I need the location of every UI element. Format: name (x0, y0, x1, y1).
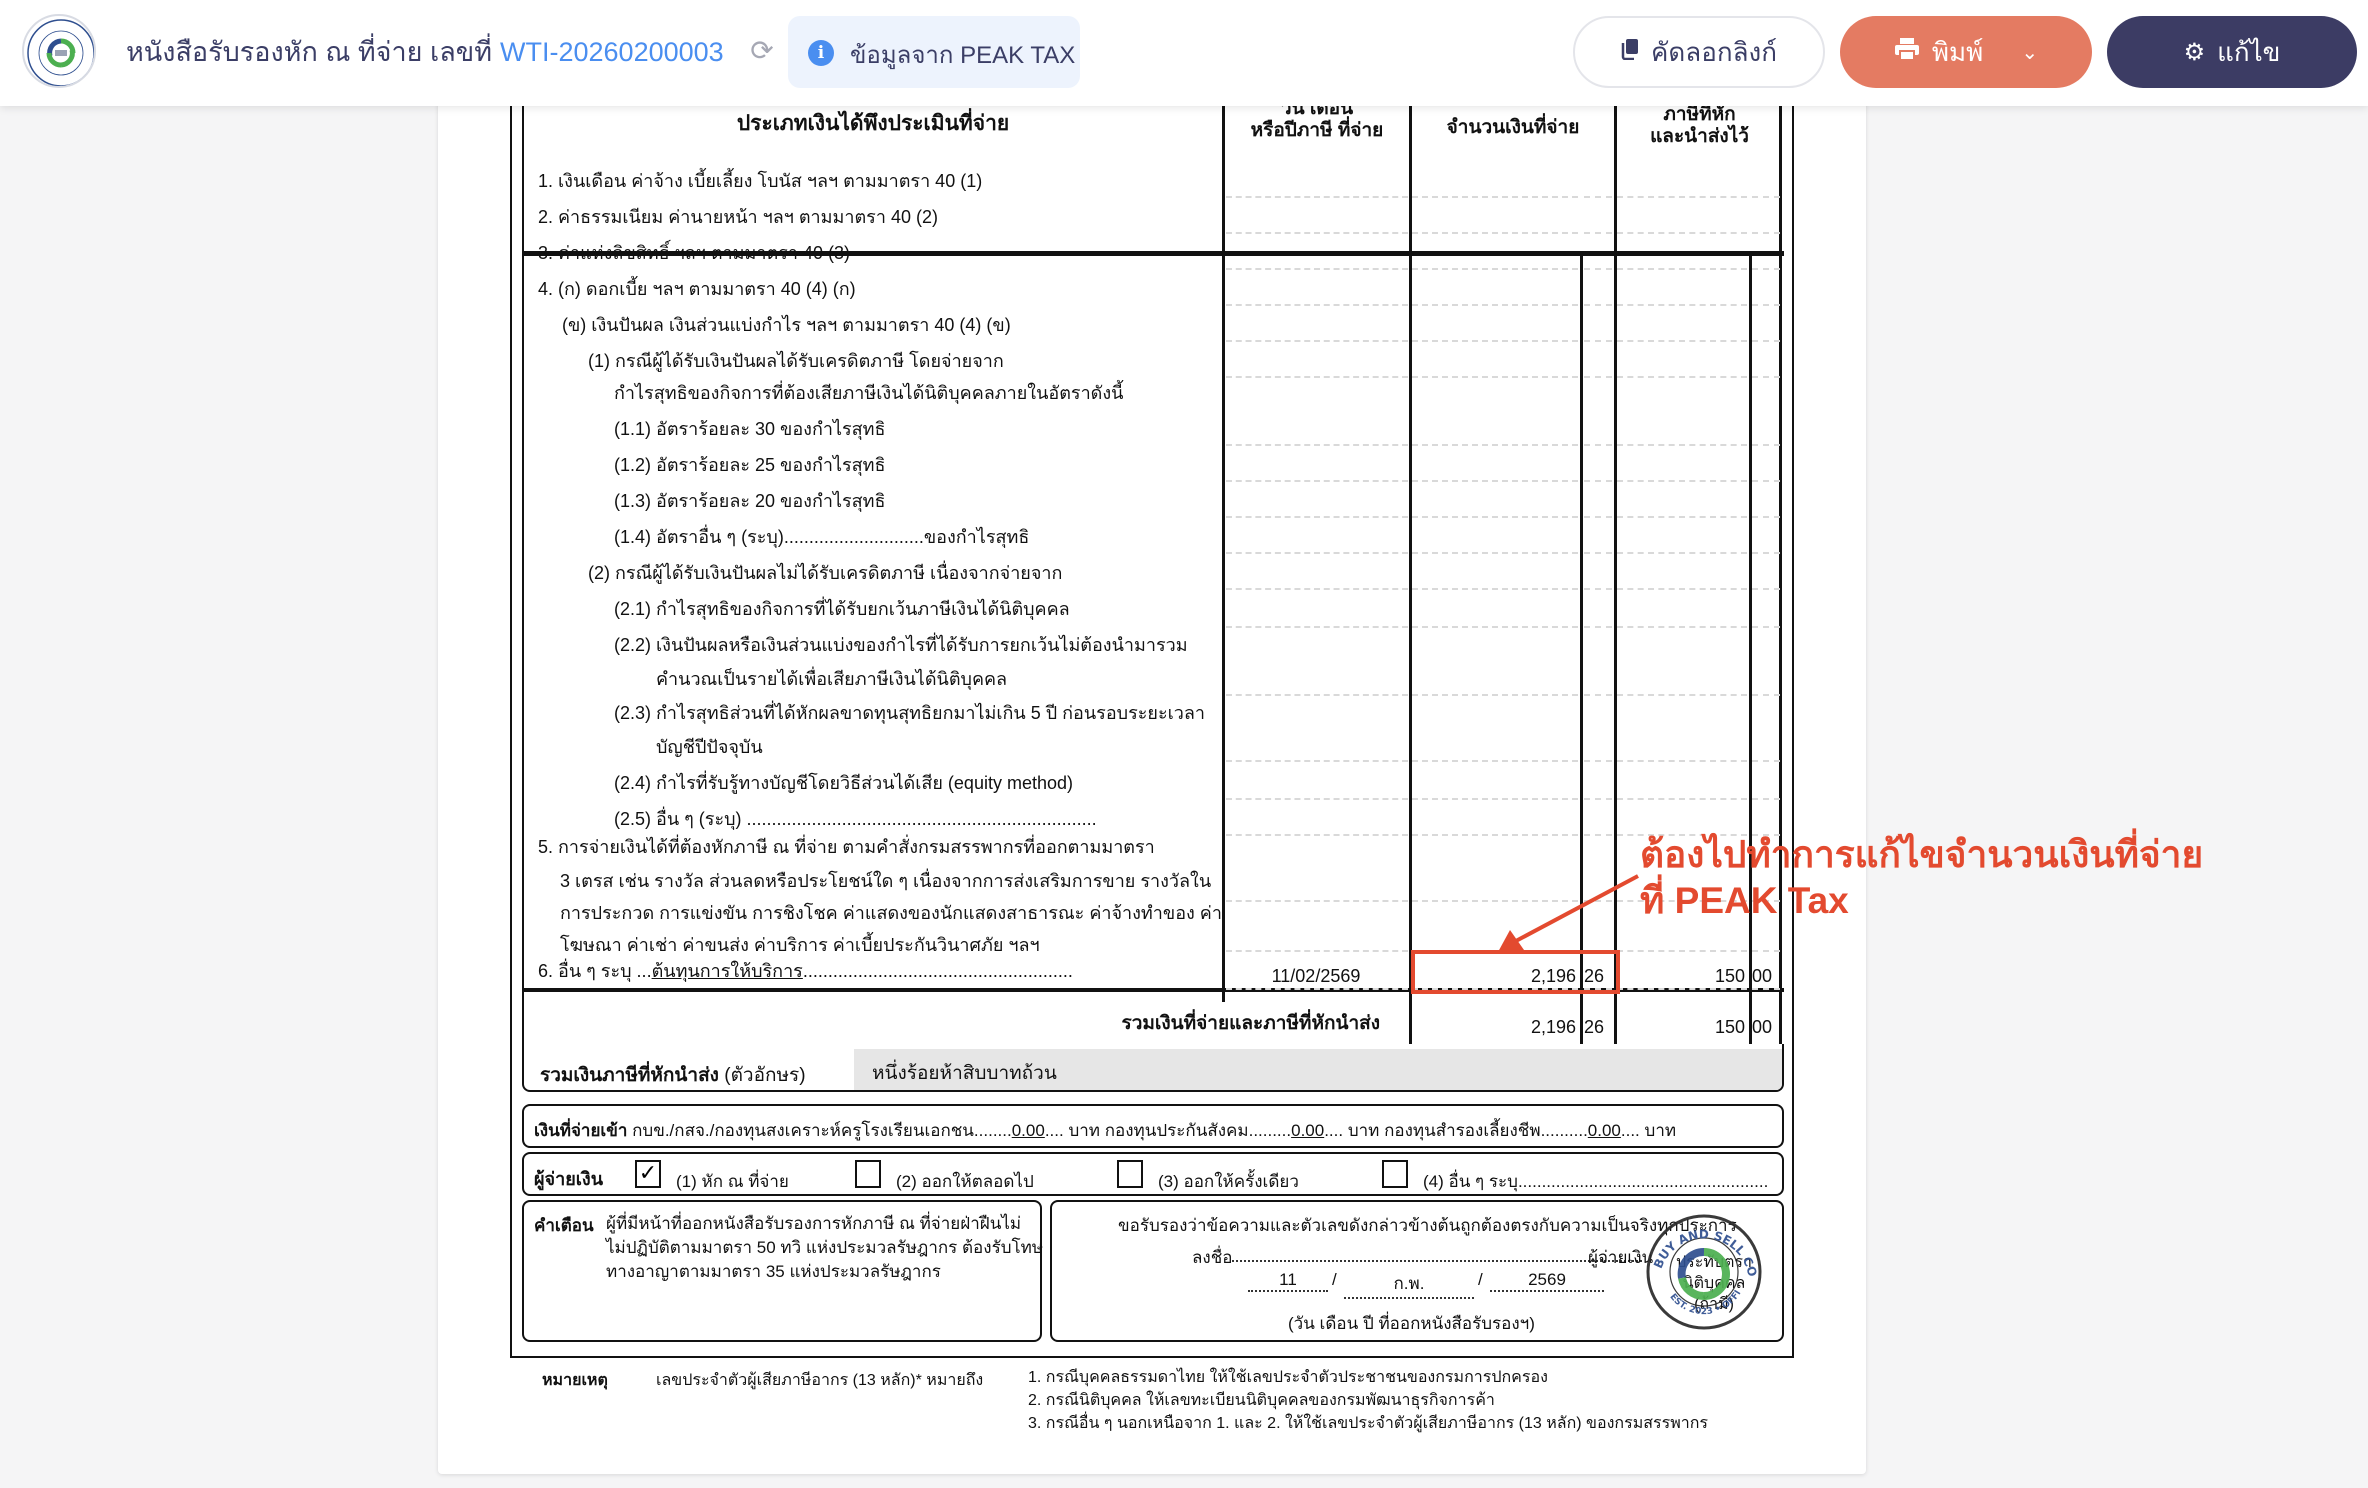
row-guide (1617, 988, 1747, 990)
income-item: การประกวด การแข่งขัน การชิงโชค ค่าแสดงขอ… (560, 898, 1222, 927)
header-tax: ภาษีที่หัก และนำส่งไว้ (1617, 104, 1782, 148)
row-guide (1226, 268, 1408, 270)
income-item: (2.2) เงินปันผลหรือเงินส่วนแบ่งของกำไรที… (614, 630, 1188, 659)
row-guide (1412, 834, 1578, 836)
payer-box: ผู้จ่ายเงิน ✓ (1) หัก ณ ที่จ่าย (2) ออกใ… (522, 1152, 1784, 1196)
payer-option-4-label: (4) อื่น ๆ ระบุ.........................… (1423, 1168, 1768, 1195)
warning-box: คำเตือน ผู้ที่มีหน้าที่ออกหนังสือรับรองก… (522, 1200, 1042, 1342)
notes-line-1: 1. กรณีบุคคลธรรมดาไทย ให้ใช้เลขประจำตัวป… (1028, 1366, 1708, 1389)
notes-line-3: 3. กรณีอื่น ๆ นอกเหนือจาก 1. และ 2. ให้ใ… (1028, 1412, 1708, 1435)
peak-tax-info-button[interactable]: i ข้อมูลจาก PEAK TAX (788, 16, 1080, 88)
warning-line-3: ทางอาญาตามมาตรา 35 แห่งประมวลรัษฎากร (606, 1260, 1043, 1284)
contributions-box: เงินที่จ่ายเข้า กบข./กสจ./กองทุนสงเคราะห… (522, 1104, 1784, 1148)
row-guide (1752, 304, 1780, 306)
row-guide (1752, 232, 1780, 234)
row-guide (1752, 196, 1780, 198)
row-guide (1752, 516, 1780, 518)
row-guide (1226, 588, 1408, 590)
row-guide (1584, 694, 1612, 696)
income-item: (1) กรณีผู้ได้รับเงินปันผลได้รับเครดิตภา… (588, 346, 1004, 375)
row-guide (1226, 444, 1408, 446)
row-guide (1584, 480, 1612, 482)
row-guide (1617, 232, 1747, 234)
row-guide (1226, 552, 1408, 554)
row-guide (1412, 694, 1578, 696)
payer-option-2-label: (2) ออกให้ตลอดไป (896, 1168, 1034, 1195)
document-number[interactable]: WTI-20260200003 (500, 37, 724, 67)
date-caption: (วัน เดือน ปี ที่ออกหนังสือรับรองฯ) (1288, 1310, 1535, 1337)
row-guide (1226, 950, 1408, 952)
sign-label: ลงชื่อ (1192, 1244, 1232, 1271)
income-item: 3 เตรส เช่น รางวัล ส่วนลดหรือประโยชน์ใด … (560, 866, 1211, 895)
row-guide (1617, 694, 1747, 696)
total-tax-satang: 00 (1752, 1017, 1778, 1038)
income-item: (1.3) อัตราร้อยละ 20 ของกำไรสุทธิ (614, 486, 886, 515)
row-guide (1752, 588, 1780, 590)
row-guide (1584, 798, 1612, 800)
info-pill-label: ข้อมูลจาก PEAK TAX (850, 35, 1075, 74)
income-item: คำนวณเป็นรายได้เพื่อเสียภาษีเงินได้นิติบ… (656, 664, 1007, 693)
row-guide (1412, 376, 1578, 378)
fund1-unit: บาท (1068, 1121, 1100, 1140)
income-item: (2.1) กำไรสุทธิของกิจการที่ได้รับยกเว้นภ… (614, 594, 1070, 623)
row-guide (1617, 760, 1747, 762)
row-guide (1752, 552, 1780, 554)
row-guide (1752, 988, 1780, 990)
income-item: (2.5) อื่น ๆ (ระบุ) ....................… (614, 804, 1097, 833)
row-guide (1226, 516, 1408, 518)
total-amount-satang: 26 (1584, 1017, 1604, 1038)
row-guide (1617, 340, 1747, 342)
income-item: (2.3) กำไรสุทธิส่วนที่ได้หักผลขาดทุนสุทธ… (614, 698, 1205, 727)
notes-intro: เลขประจำตัวผู้เสียภาษีอากร (13 หลัก)* หม… (656, 1368, 983, 1393)
company-seal-icon (24, 16, 96, 88)
other-income-row: 6. อื่น ๆ ระบุ ...ต้นทุนการให้บริการ....… (538, 956, 1073, 985)
row-guide (1226, 988, 1408, 990)
top-bar: หนังสือรับรองหัก ณ ที่จ่าย เลขที่WTI-202… (0, 0, 2368, 106)
info-icon: i (808, 40, 834, 66)
income-item: 2. ค่าธรรมเนียม ค่านายหน้า ฯลฯ ตามมาตรา … (538, 202, 938, 231)
notes-line-2: 2. กรณีนิติบุคคล ให้เลขทะเบียนนิติบุคคลข… (1028, 1389, 1708, 1412)
col-divider-date (1222, 96, 1225, 1002)
row-guide (1584, 232, 1612, 234)
row-guide (1584, 588, 1612, 590)
row-guide (1226, 900, 1408, 902)
income-item: 3. ค่าแห่งลิขสิทธิ์ ฯลฯ ตามมาตรา 40 (3) (538, 238, 850, 267)
row-guide (1226, 834, 1408, 836)
row-guide (1617, 516, 1747, 518)
title-text: หนังสือรับรองหัก ณ ที่จ่าย เลขที่ (126, 37, 492, 67)
income-item: (1.4) อัตราอื่น ๆ (ระบุ)................… (614, 522, 1029, 551)
row-guide (1412, 232, 1578, 234)
row-guide (1752, 694, 1780, 696)
page-title: หนังสือรับรองหัก ณ ที่จ่าย เลขที่WTI-202… (126, 30, 724, 73)
copy-link-button[interactable]: คัดลอกลิงก์ (1573, 16, 1825, 88)
date-slash-1: / (1332, 1270, 1337, 1290)
row-guide (1752, 480, 1780, 482)
total-amount-baht: 2,196 (1412, 1017, 1576, 1038)
company-seal-stamp: BUY AND SELL CORPORATION EST. 2023 • OFF… (1644, 1208, 1764, 1334)
other-specified: ต้นทุนการให้บริการ (652, 961, 803, 981)
row-guide (1412, 444, 1578, 446)
row-guide (1617, 268, 1747, 270)
other-date: 11/02/2569 (1226, 966, 1406, 987)
gear-icon: ⚙ (2184, 38, 2206, 67)
row-guide (1412, 196, 1578, 198)
payer-option-3-label: (3) ออกให้ครั้งเดียว (1158, 1168, 1299, 1195)
row-guide (1584, 340, 1612, 342)
row-guide (1412, 552, 1578, 554)
seal-icon: BUY AND SELL CORPORATION EST. 2023 • OFF… (1644, 1208, 1764, 1334)
copy-icon (1621, 38, 1639, 67)
row-guide (1584, 268, 1612, 270)
row-guide (1226, 480, 1408, 482)
edit-label: แก้ไข (2217, 32, 2280, 73)
tax-in-words-box: รวมเงินภาษีที่หักนำส่ง (ตัวอักษร) หนึ่งร… (522, 1044, 1784, 1092)
fund2-value: 0.00 (1291, 1121, 1324, 1140)
row-guide (1617, 626, 1747, 628)
header-amount: จำนวนเงินที่จ่าย (1412, 117, 1614, 139)
header-date-line2: หรือปีภาษี ที่จ่าย (1225, 120, 1409, 142)
fund3-unit: บาท (1645, 1121, 1677, 1140)
annotation-note: ต้องไปทำการแก้ไขจำนวนเงินที่จ่าย ที่ PEA… (1640, 832, 2203, 924)
row-guide (1752, 268, 1780, 270)
warning-text: ผู้ที่มีหน้าที่ออกหนังสือรับรองการหักภาษ… (606, 1212, 1043, 1284)
cert-year: 2569 (1490, 1270, 1604, 1292)
total-tax-baht: 150 (1617, 1017, 1745, 1038)
header-income-type: ประเภทเงินได้พึงประเมินที่จ่าย (524, 113, 1222, 135)
fund3-value: 0.00 (1588, 1121, 1621, 1140)
row-guide (1584, 376, 1612, 378)
income-item: กำไรสุทธิของกิจการที่ต้องเสียภาษีเงินได้… (614, 378, 1123, 407)
row-guide (1584, 196, 1612, 198)
row-guide (1584, 626, 1612, 628)
row-guide (1412, 340, 1578, 342)
row-guide (1412, 516, 1578, 518)
fund1-label: กบข./กสจ./กองทุนสงเคราะห์ครูโรงเรียนเอกช… (632, 1121, 974, 1140)
row-guide (1584, 444, 1612, 446)
income-item: 5. การจ่ายเงินได้ที่ต้องหักภาษี ณ ที่จ่า… (538, 832, 1155, 861)
row-guide (1752, 340, 1780, 342)
copy-link-label: คัดลอกลิงก์ (1651, 32, 1777, 73)
row-guide (1412, 760, 1578, 762)
refresh-icon[interactable]: ⟳ (745, 34, 779, 68)
certification-box: ขอรับรองว่าข้อความและตัวเลขดังกล่าวข้างต… (1050, 1200, 1784, 1342)
row-guide (1617, 376, 1747, 378)
annotation-arrow-icon (1490, 870, 1650, 960)
income-item: โฆษณา ค่าเช่า ค่าขนส่ง ค่าบริการ ค่าเบี้… (560, 930, 1040, 959)
header-tax-line1: ภาษีที่หัก (1617, 104, 1782, 126)
row-guide (1226, 376, 1408, 378)
company-logo (22, 14, 96, 88)
header-tax-line2: และนำส่งไว้ (1617, 126, 1782, 148)
row-guide (1226, 798, 1408, 800)
svg-text:BUY AND SELL CORPORATION: BUY AND SELL CORPORATION (1644, 1208, 1760, 1278)
total-label: รวมเงินที่จ่ายและภาษีที่หักนำส่ง (1000, 1008, 1380, 1038)
chevron-down-icon[interactable]: ⌄ (2021, 40, 2038, 65)
row-guide (1584, 304, 1612, 306)
row-guide (1226, 340, 1408, 342)
row-guide (1752, 760, 1780, 762)
payer-option-2-checkbox[interactable] (855, 1160, 881, 1188)
row-guide (1617, 196, 1747, 198)
row-guide (1226, 760, 1408, 762)
annotation-line-2: ที่ PEAK Tax (1640, 878, 2203, 924)
contributions-label: เงินที่จ่ายเข้า (534, 1121, 627, 1140)
income-item: (1.2) อัตราร้อยละ 25 ของกำไรสุทธิ (614, 450, 886, 479)
fund3-label: กองทุนสำรองเลี้ยงชีพ (1384, 1121, 1540, 1140)
notes-list: 1. กรณีบุคคลธรรมดาไทย ให้ใช้เลขประจำตัวป… (1028, 1366, 1708, 1435)
annotation-line-1: ต้องไปทำการแก้ไขจำนวนเงินที่จ่าย (1640, 832, 2203, 878)
contributions-line: เงินที่จ่ายเข้า กบข./กสจ./กองทุนสงเคราะห… (534, 1117, 1676, 1144)
row-guide (1617, 798, 1747, 800)
row-guide (1752, 626, 1780, 628)
row-guide (1226, 626, 1408, 628)
signature-line[interactable] (1232, 1260, 1642, 1262)
income-item: (1.1) อัตราร้อยละ 30 ของกำไรสุทธิ (614, 414, 886, 443)
row-guide (1412, 626, 1578, 628)
row-guide (1617, 552, 1747, 554)
col-divider-amount (1409, 96, 1412, 1058)
cert-month: ก.พ. (1344, 1270, 1474, 1299)
row-guide (1752, 444, 1780, 446)
payer-option-1-label: (1) หัก ณ ที่จ่าย (676, 1168, 789, 1195)
fund2-label: กองทุนประกันสังคม (1105, 1121, 1249, 1140)
row-guide (1617, 304, 1747, 306)
income-item: (ข) เงินปันผล เงินส่วนแบ่งกำไร ฯลฯ ตามมา… (562, 310, 1011, 339)
row-guide (1226, 694, 1408, 696)
row-guide (1412, 304, 1578, 306)
other-dots: ........................................… (803, 961, 1073, 981)
payer-option-4-checkbox[interactable] (1382, 1160, 1408, 1188)
other-tax-satang: 00 (1752, 966, 1778, 987)
print-label: พิมพ์ (1932, 32, 1983, 73)
row-guide (1584, 760, 1612, 762)
income-item: 4. (ก) ดอกเบี้ย ฯลฯ ตามมาตรา 40 (4) (ก) (538, 274, 856, 303)
other-prefix: 6. อื่น ๆ ระบุ ... (538, 961, 652, 981)
row-guide (1752, 798, 1780, 800)
income-item: บัญชีปีปัจจุบัน (656, 732, 763, 761)
tax-in-words-label: รวมเงินภาษีที่หักนำส่ง (ตัวอักษร) (540, 1060, 806, 1090)
date-slash-2: / (1478, 1270, 1483, 1290)
row-guide (1226, 232, 1408, 234)
income-item: 1. เงินเดือน ค่าจ้าง เบี้ยเลี้ยง โบนัส ฯ… (538, 166, 982, 195)
payer-label: ผู้จ่ายเงิน (534, 1164, 603, 1193)
edit-button[interactable]: ⚙ แก้ไข (2107, 16, 2357, 88)
warning-line-1: ผู้ที่มีหน้าที่ออกหนังสือรับรองการหักภาษ… (606, 1212, 1043, 1236)
cert-day: 11 (1248, 1270, 1328, 1292)
warning-line-2: ไม่ปฏิบัติตามมาตรา 50 ทวิ แห่งประมวลรัษฎ… (606, 1236, 1043, 1260)
row-guide (1412, 480, 1578, 482)
other-tax-baht: 150 (1617, 966, 1745, 987)
warning-label: คำเตือน (534, 1212, 594, 1239)
row-guide (1752, 376, 1780, 378)
row-guide (1617, 444, 1747, 446)
row-guide (1584, 552, 1612, 554)
row-guide (1617, 588, 1747, 590)
row-guide (1412, 588, 1578, 590)
fund1-value: 0.00 (1012, 1121, 1045, 1140)
row-guide (1584, 516, 1612, 518)
notes-label: หมายเหตุ (542, 1368, 608, 1393)
row-guide (1752, 950, 1780, 952)
row-guide (1584, 834, 1612, 836)
income-item: (2.4) กำไรที่รับรู้ทางบัญชีโดยวิธีส่วนได… (614, 768, 1073, 797)
print-button[interactable]: พิมพ์ ⌄ (1840, 16, 2092, 88)
row-guide (1226, 196, 1408, 198)
payer-option-1-checkbox[interactable]: ✓ (635, 1160, 661, 1188)
row-guide (1412, 798, 1578, 800)
printer-icon (1894, 37, 1920, 68)
row-guide (1226, 304, 1408, 306)
tax-in-words-label-bold: รวมเงินภาษีที่หักนำส่ง (540, 1065, 719, 1086)
row-guide (1617, 480, 1747, 482)
row-guide (1412, 268, 1578, 270)
tax-in-words-value: หนึ่งร้อยห้าสิบบาทถ้วน (872, 1058, 1057, 1088)
fund2-unit: บาท (1348, 1121, 1380, 1140)
income-item: (2) กรณีผู้ได้รับเงินปันผลไม่ได้รับเครดิ… (588, 558, 1062, 587)
payer-option-3-checkbox[interactable] (1117, 1160, 1143, 1188)
tax-in-words-label-suffix: (ตัวอักษร) (724, 1065, 805, 1086)
